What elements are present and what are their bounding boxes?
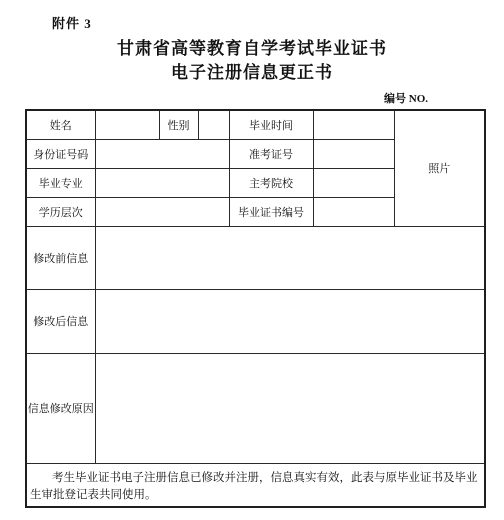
graduation-time-value-cell [313, 110, 394, 139]
info-after-modification-value-cell [95, 289, 485, 353]
diploma-number-label: 毕业证书编号 [229, 197, 313, 226]
education-level-value-cell [95, 197, 229, 226]
number-label: 编号 NO. [384, 90, 428, 106]
gender-value-cell [198, 110, 229, 139]
document-title: 甘肃省高等教育自学考试毕业证书 电子注册信息更正书 [0, 37, 504, 85]
id-number-value-cell [95, 139, 229, 168]
photo-cell: 照片 [394, 110, 485, 226]
info-after-modification-label: 修改后信息 [26, 289, 95, 353]
education-level-label: 学历层次 [26, 197, 95, 226]
document-title-line2: 电子注册信息更正书 [0, 61, 504, 85]
modification-reason-value-cell [95, 353, 485, 463]
document-page: { "page": { "attachment_label": "附件 3", … [0, 0, 504, 520]
correction-form-table: 姓名 性别 毕业时间 照片 身份证号码 准考证号 毕业专业 主考院校 学历层次 … [25, 109, 486, 508]
graduation-major-label: 毕业专业 [26, 168, 95, 197]
table-row: 考生毕业证书电子注册信息已修改并注册，信息真实有效，此表与原毕业证书及毕业生审批… [26, 463, 485, 507]
table-row: 信息修改原因 [26, 353, 485, 463]
graduation-major-value-cell [95, 168, 229, 197]
id-number-label: 身份证号码 [26, 139, 95, 168]
declaration-text: 考生毕业证书电子注册信息已修改并注册，信息真实有效，此表与原毕业证书及毕业生审批… [26, 463, 485, 507]
table-row: 修改前信息 [26, 226, 485, 289]
admission-ticket-label: 准考证号 [229, 139, 313, 168]
table-row: 修改后信息 [26, 289, 485, 353]
admission-ticket-value-cell [313, 139, 394, 168]
gender-label: 性别 [159, 110, 198, 139]
chief-institution-value-cell [313, 168, 394, 197]
info-before-modification-value-cell [95, 226, 485, 289]
info-before-modification-label: 修改前信息 [26, 226, 95, 289]
attachment-label: 附件 3 [52, 13, 92, 32]
document-title-line1: 甘肃省高等教育自学考试毕业证书 [0, 37, 504, 61]
diploma-number-value-cell [313, 197, 394, 226]
modification-reason-label: 信息修改原因 [26, 353, 95, 463]
chief-institution-label: 主考院校 [229, 168, 313, 197]
name-value-cell [95, 110, 159, 139]
name-label: 姓名 [26, 110, 95, 139]
graduation-time-label: 毕业时间 [229, 110, 313, 139]
table-row: 姓名 性别 毕业时间 照片 [26, 110, 485, 139]
